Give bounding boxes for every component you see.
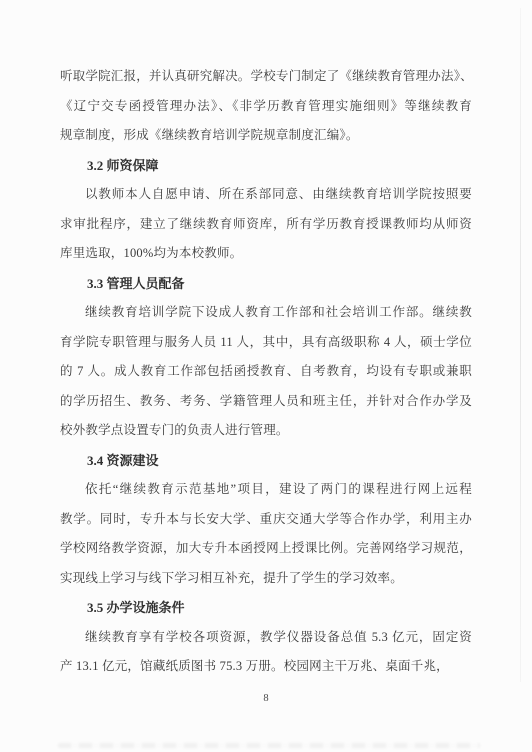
- scan-bleed-artifact: [58, 743, 480, 748]
- paragraph-line: 继续教育享有学校各项资源，教学仪器设备总值 5.3 亿元，固定资: [60, 623, 472, 653]
- paragraph-line: 实现线上学习与线下学习相互补充，提升了学生的学习效率。: [60, 564, 472, 594]
- paragraph-line: 以教师本人自愿申请、所在系部同意、由继续教育培训学院按照要: [60, 180, 472, 210]
- paragraph-line: 规章制度，形成《继续教育培训学院规章制度汇编》。: [60, 121, 472, 151]
- paragraph-line: 校外教学点设置专门的负责人进行管理。: [60, 416, 472, 446]
- section-heading-3-3: 3.3 管理人员配备: [60, 269, 472, 299]
- paragraph-line: 继续教育培训学院下设成人教育工作部和社会培训工作部。继续教: [60, 298, 472, 328]
- page-content: 听取学院汇报，并认真研究解决。学校专门制定了《继续教育管理办法》、 《辽宁交专函…: [60, 62, 472, 682]
- section-heading-3-5: 3.5 办学设施条件: [60, 593, 472, 623]
- page-number: 8: [0, 692, 532, 706]
- paragraph-line: 育学院专职管理与服务人员 11 人，其中，具有高级职称 4 人，硕士学位: [60, 328, 472, 358]
- paragraph-line: 依托“继续教育示范基地”项目，建设了两门的课程进行网上远程: [60, 475, 472, 505]
- paragraph-line: 听取学院汇报，并认真研究解决。学校专门制定了《继续教育管理办法》、: [60, 62, 472, 92]
- paragraph-line: 《辽宁交专函授管理办法》、《非学历教育管理实施细则》等继续教育: [60, 92, 472, 122]
- section-heading-3-4: 3.4 资源建设: [60, 446, 472, 476]
- scan-edge-artifact: [520, 8, 521, 682]
- paragraph-line: 的 7 人。成人教育工作部包括函授教育、自考教育，均设有专职或兼职: [60, 357, 472, 387]
- section-heading-3-2: 3.2 师资保障: [60, 151, 472, 181]
- paragraph-line: 产 13.1 亿元，馆藏纸质图书 75.3 万册。校园网主干万兆、桌面千兆，: [60, 652, 472, 682]
- paragraph-line: 学校网络教学资源，加大专升本函授网上授课比例。完善网络学习规范，: [60, 534, 472, 564]
- paragraph-line: 教学。同时，专升本与长安大学、重庆交通大学等合作办学，利用主办: [60, 505, 472, 535]
- paragraph-line: 的学历招生、教务、考务、学籍管理人员和班主任，并针对合作办学及: [60, 387, 472, 417]
- paragraph-line: 求审批程序，建立了继续教育师资库，所有学历教育授课教师均从师资: [60, 210, 472, 240]
- paragraph-line: 库里选取，100%均为本校教师。: [60, 239, 472, 269]
- document-page: 听取学院汇报，并认真研究解决。学校专门制定了《继续教育管理办法》、 《辽宁交专函…: [0, 0, 532, 752]
